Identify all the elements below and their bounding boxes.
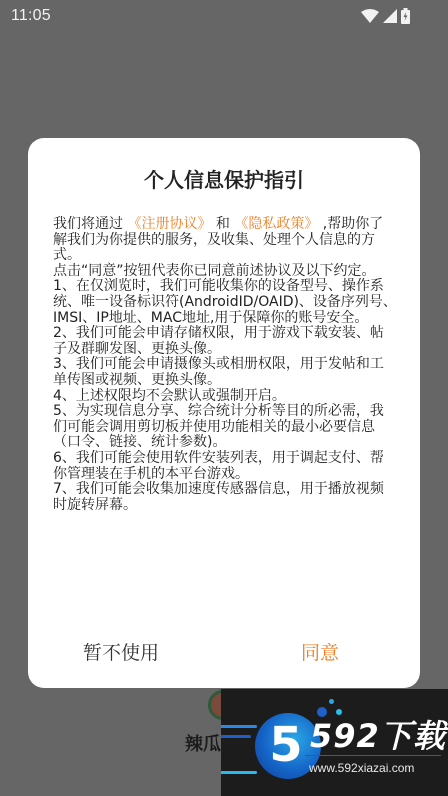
screen: 11:05 辣瓜 个人信息保护指引 我们将通过 《注册协议》 和 《隐私政策》 …	[0, 0, 448, 796]
permission-item: 7、我们可能会收集加速度传感器信息，用于播放视频时旋转屏幕。	[53, 482, 397, 513]
battery-charging-icon	[401, 8, 410, 24]
cellular-signal-icon	[383, 9, 397, 23]
divider	[305, 755, 441, 756]
dialog-title: 个人信息保护指引	[28, 164, 420, 193]
wifi-icon	[361, 9, 379, 23]
streak-decoration	[221, 725, 257, 728]
permission-item: 5、为实现信息分享、综合统计分析等目的所必需，我们可能会调用剪切板并使用功能相关…	[53, 404, 397, 451]
terms-link[interactable]: 《注册协议》	[127, 216, 211, 232]
intro-mid: 和	[211, 216, 234, 232]
permission-item: 4、上述权限均不会默认或强制开启。	[53, 389, 397, 405]
intro-prefix: 我们将通过	[53, 216, 127, 232]
status-icons	[361, 8, 410, 24]
agree-button[interactable]: 同意	[301, 638, 339, 665]
dot-decoration	[329, 699, 334, 704]
privacy-dialog: 个人信息保护指引 我们将通过 《注册协议》 和 《隐私政策》 ,帮助你了解我们为…	[28, 138, 420, 688]
streak-decoration	[221, 735, 251, 738]
watermark-overlay: 5 592下载 www.592xiazai.com	[221, 689, 448, 796]
status-time: 11:05	[11, 7, 51, 25]
permission-item: 3、我们可能会申请摄像头或相册权限，用于发帖和工单传图或视频、更换头像。	[53, 357, 397, 388]
watermark-brand: 592下载	[310, 711, 446, 757]
dialog-actions: 暂不使用 同意	[28, 638, 420, 668]
dialog-body[interactable]: 我们将通过 《注册协议》 和 《隐私政策》 ,帮助你了解我们为你提供的服务，及收…	[53, 217, 397, 513]
watermark-logo-digit: 5	[261, 717, 311, 773]
decline-button[interactable]: 暂不使用	[83, 638, 159, 665]
watermark-url: www.592xiazai.com	[309, 761, 414, 775]
permission-item: 6、我们可能会使用软件安装列表，用于调起支付、帮你管理装在手机的本平台游戏。	[53, 451, 397, 482]
app-name: 辣瓜	[185, 730, 221, 756]
privacy-policy-link[interactable]: 《隐私政策》	[234, 216, 318, 232]
intro-paragraph: 我们将通过 《注册协议》 和 《隐私政策》 ,帮助你了解我们为你提供的服务，及收…	[53, 217, 397, 264]
permission-item: 1、在仅浏览时，我们可能收集你的设备型号、操作系统、唯一设备标识符(Androi…	[53, 279, 397, 326]
permission-item: 2、我们可能会申请存储权限，用于游戏下载安装、帖子及群聊发图、更换头像。	[53, 326, 397, 357]
streak-decoration	[221, 771, 257, 774]
status-bar: 11:05	[0, 0, 448, 32]
